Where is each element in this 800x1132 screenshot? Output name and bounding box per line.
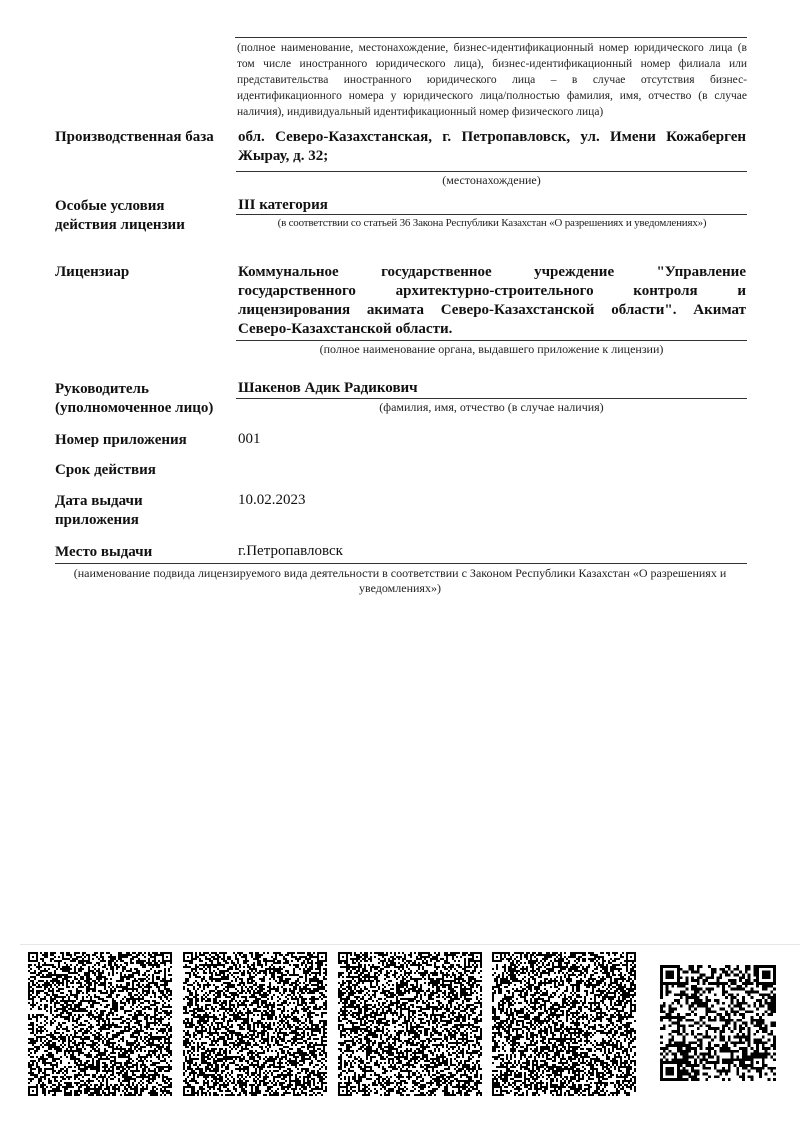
- special-conditions-value: III категория: [238, 196, 328, 215]
- licensor-label: Лицензиар: [55, 263, 129, 282]
- footer-separator: [20, 944, 800, 945]
- header-rule: [235, 37, 747, 38]
- header-note: (полное наименование, местонахождение, б…: [237, 40, 747, 120]
- qr-code-3: [338, 952, 482, 1096]
- head-hint: (фамилия, имя, отчество (в случае наличи…: [236, 400, 747, 415]
- production-base-value: обл. Северо-Казахстанская, г. Петропавло…: [238, 128, 746, 166]
- licensor-value: Коммунальное государственное учреждение …: [238, 263, 746, 339]
- issue-date-value: 10.02.2023: [238, 491, 306, 510]
- appendix-number-label: Номер приложения: [55, 431, 187, 450]
- special-conditions-label-line1: Особые условия: [55, 197, 185, 216]
- production-base-label: Производственная база: [55, 128, 214, 147]
- issue-date-label-line1: Дата выдачи: [55, 492, 143, 511]
- issue-date-label-line2: приложения: [55, 511, 143, 530]
- issue-place-label: Место выдачи: [55, 543, 152, 562]
- special-conditions-hint: (в соответствии со статьей 36 Закона Рес…: [232, 216, 752, 230]
- appendix-number-value: 001: [238, 430, 261, 449]
- validity-label: Срок действия: [55, 461, 156, 480]
- qr-code-5: [660, 965, 776, 1081]
- production-base-rule: [236, 171, 747, 172]
- issue-date-label: Дата выдачи приложения: [55, 492, 143, 530]
- production-base-hint: (местонахождение): [236, 173, 747, 188]
- licensor-hint: (полное наименование органа, выдавшего п…: [236, 342, 747, 357]
- head-value: Шакенов Адик Радикович: [238, 379, 418, 398]
- qr-code-2: [183, 952, 327, 1096]
- issue-place-hint: (наименование подвида лицензируемого вид…: [50, 566, 750, 596]
- head-rule: [236, 398, 747, 399]
- head-label: Руководитель (уполномоченное лицо): [55, 380, 213, 418]
- head-label-line2: (уполномоченное лицо): [55, 399, 213, 418]
- special-conditions-rule: [236, 214, 747, 215]
- special-conditions-label-line2: действия лицензии: [55, 216, 185, 235]
- qr-code-4: [492, 952, 636, 1096]
- special-conditions-label: Особые условия действия лицензии: [55, 197, 185, 235]
- issue-place-value: г.Петропавловск: [238, 542, 343, 561]
- issue-place-rule: [55, 563, 747, 564]
- licensor-rule: [236, 340, 747, 341]
- head-label-line1: Руководитель: [55, 380, 213, 399]
- qr-code-1: [28, 952, 172, 1096]
